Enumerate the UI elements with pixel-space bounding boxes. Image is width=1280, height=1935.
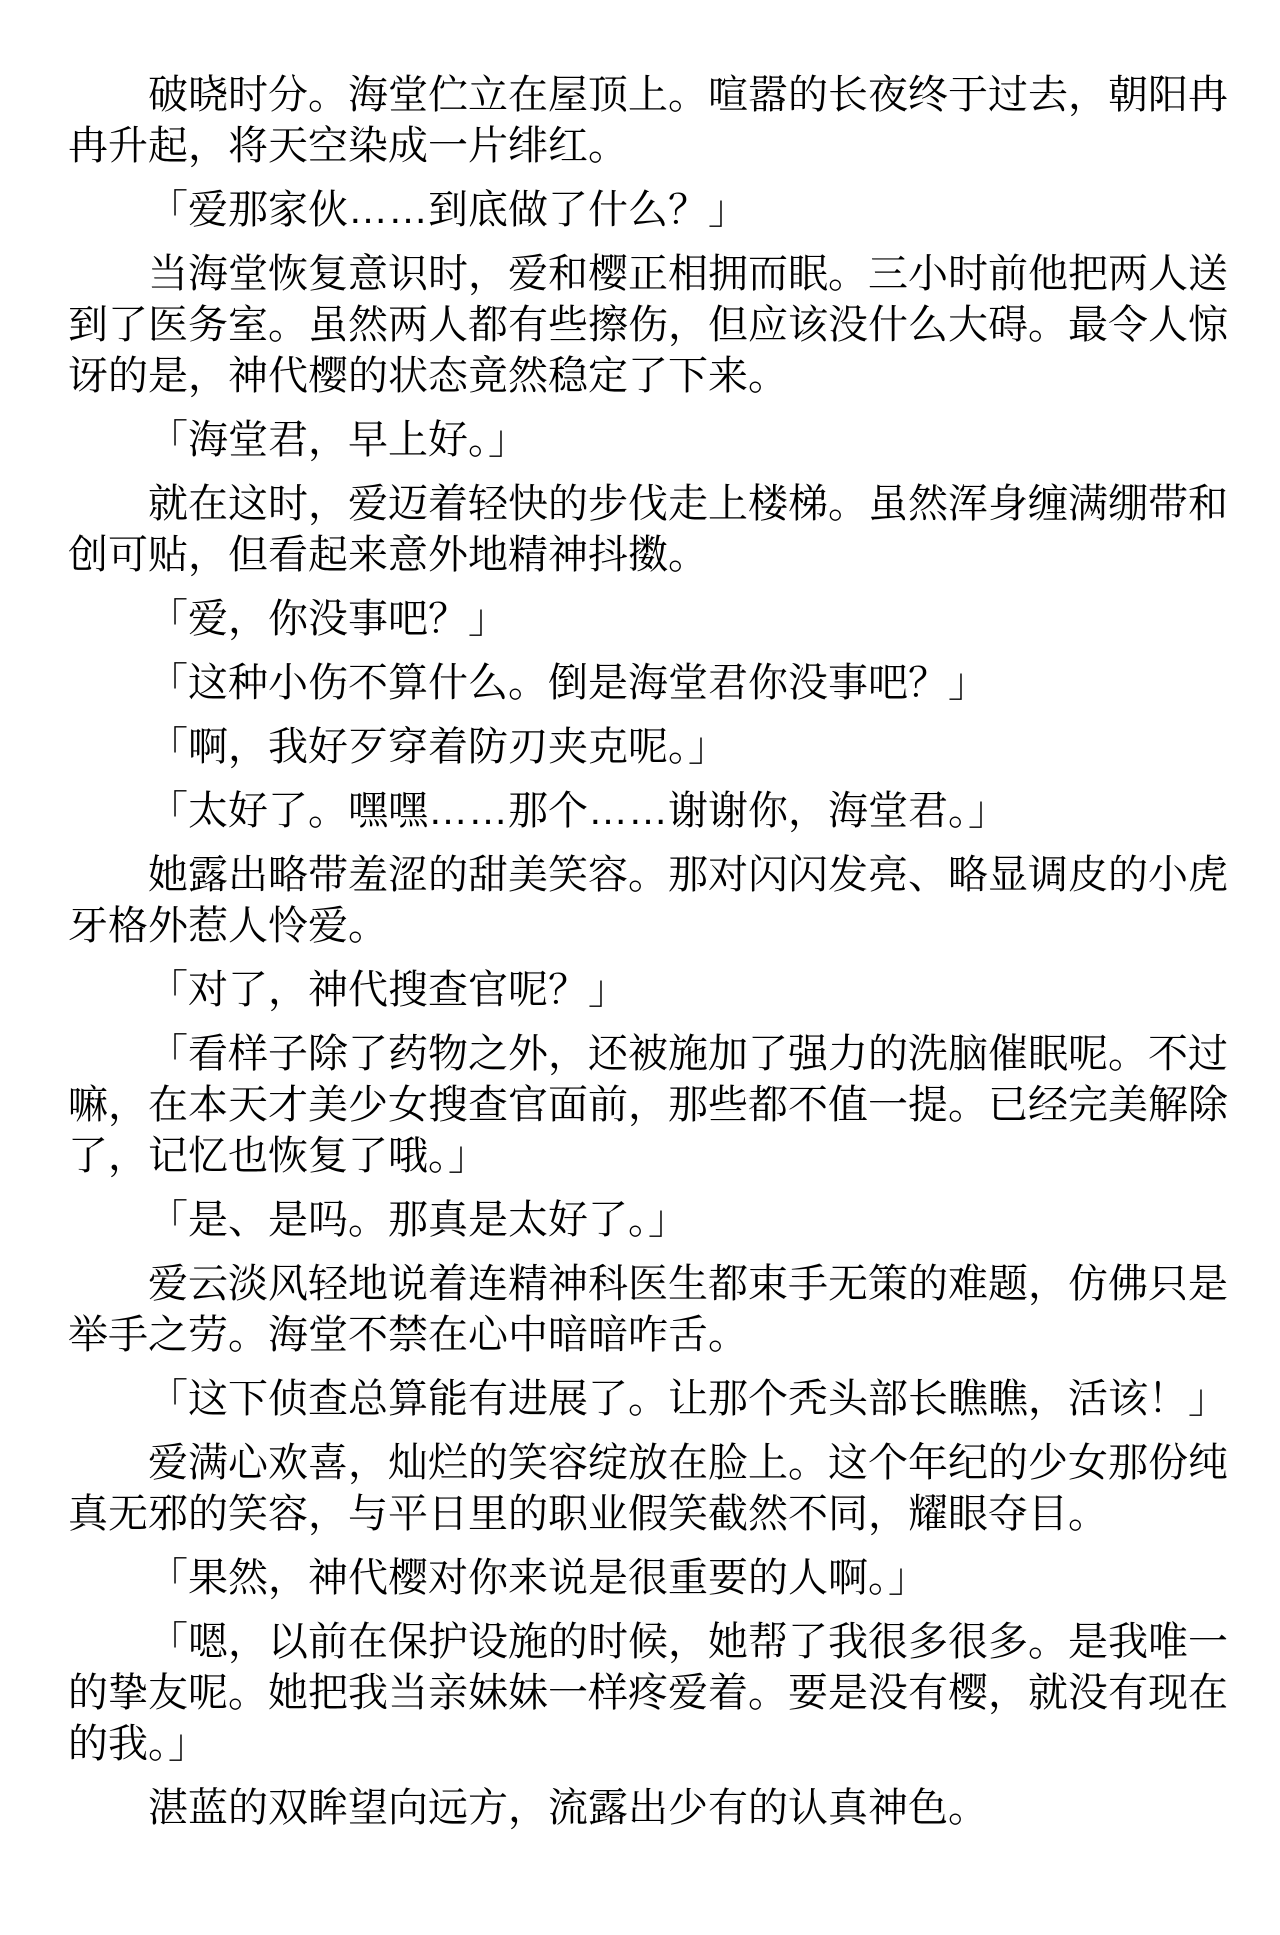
paragraph: 就在这时，爱迈着轻快的步伐走上楼梯。虽然浑身缠满绷带和创可贴，但看起来意外地精神… <box>68 479 1232 581</box>
paragraph-dialogue: 「啊，我好歹穿着防刃夹克呢。」 <box>68 722 1232 773</box>
paragraph-dialogue: 「对了，神代搜查官呢？」 <box>68 965 1232 1016</box>
paragraph-dialogue: 「爱那家伙……到底做了什么？」 <box>68 185 1232 236</box>
paragraph-dialogue: 「嗯，以前在保护设施的时候，她帮了我很多很多。是我唯一的挚友呢。她把我当亲妹妹一… <box>68 1617 1232 1770</box>
paragraph-dialogue: 「这下侦查总算能有进展了。让那个秃头部长瞧瞧，活该！」 <box>68 1374 1232 1425</box>
paragraph-dialogue: 「太好了。嘿嘿……那个……谢谢你，海堂君。」 <box>68 786 1232 837</box>
novel-page: 破晓时分。海堂伫立在屋顶上。喧嚣的长夜终于过去，朝阳冉冉升起，将天空染成一片绯红… <box>0 0 1280 1935</box>
paragraph-dialogue: 「这种小伤不算什么。倒是海堂君你没事吧？」 <box>68 658 1232 709</box>
paragraph: 爱云淡风轻地说着连精神科医生都束手无策的难题，仿佛只是举手之劳。海堂不禁在心中暗… <box>68 1259 1232 1361</box>
paragraph-dialogue: 「果然，神代樱对你来说是很重要的人啊。」 <box>68 1553 1232 1604</box>
paragraph: 爱满心欢喜，灿烂的笑容绽放在脸上。这个年纪的少女那份纯真无邪的笑容，与平日里的职… <box>68 1438 1232 1540</box>
text-block: 破晓时分。海堂伫立在屋顶上。喧嚣的长夜终于过去，朝阳冉冉升起，将天空染成一片绯红… <box>0 0 1280 1834</box>
paragraph-dialogue: 「爱，你没事吧？」 <box>68 594 1232 645</box>
paragraph-dialogue: 「看样子除了药物之外，还被施加了强力的洗脑催眠呢。不过嘛，在本天才美少女搜查官面… <box>68 1029 1232 1182</box>
paragraph: 她露出略带羞涩的甜美笑容。那对闪闪发亮、略显调皮的小虎牙格外惹人怜爱。 <box>68 850 1232 952</box>
paragraph: 湛蓝的双眸望向远方，流露出少有的认真神色。 <box>68 1783 1232 1834</box>
paragraph-dialogue: 「是、是吗。那真是太好了。」 <box>68 1195 1232 1246</box>
paragraph: 当海堂恢复意识时，爱和樱正相拥而眠。三小时前他把两人送到了医务室。虽然两人都有些… <box>68 249 1232 402</box>
paragraph: 破晓时分。海堂伫立在屋顶上。喧嚣的长夜终于过去，朝阳冉冉升起，将天空染成一片绯红… <box>68 70 1232 172</box>
paragraph-dialogue: 「海堂君，早上好。」 <box>68 415 1232 466</box>
